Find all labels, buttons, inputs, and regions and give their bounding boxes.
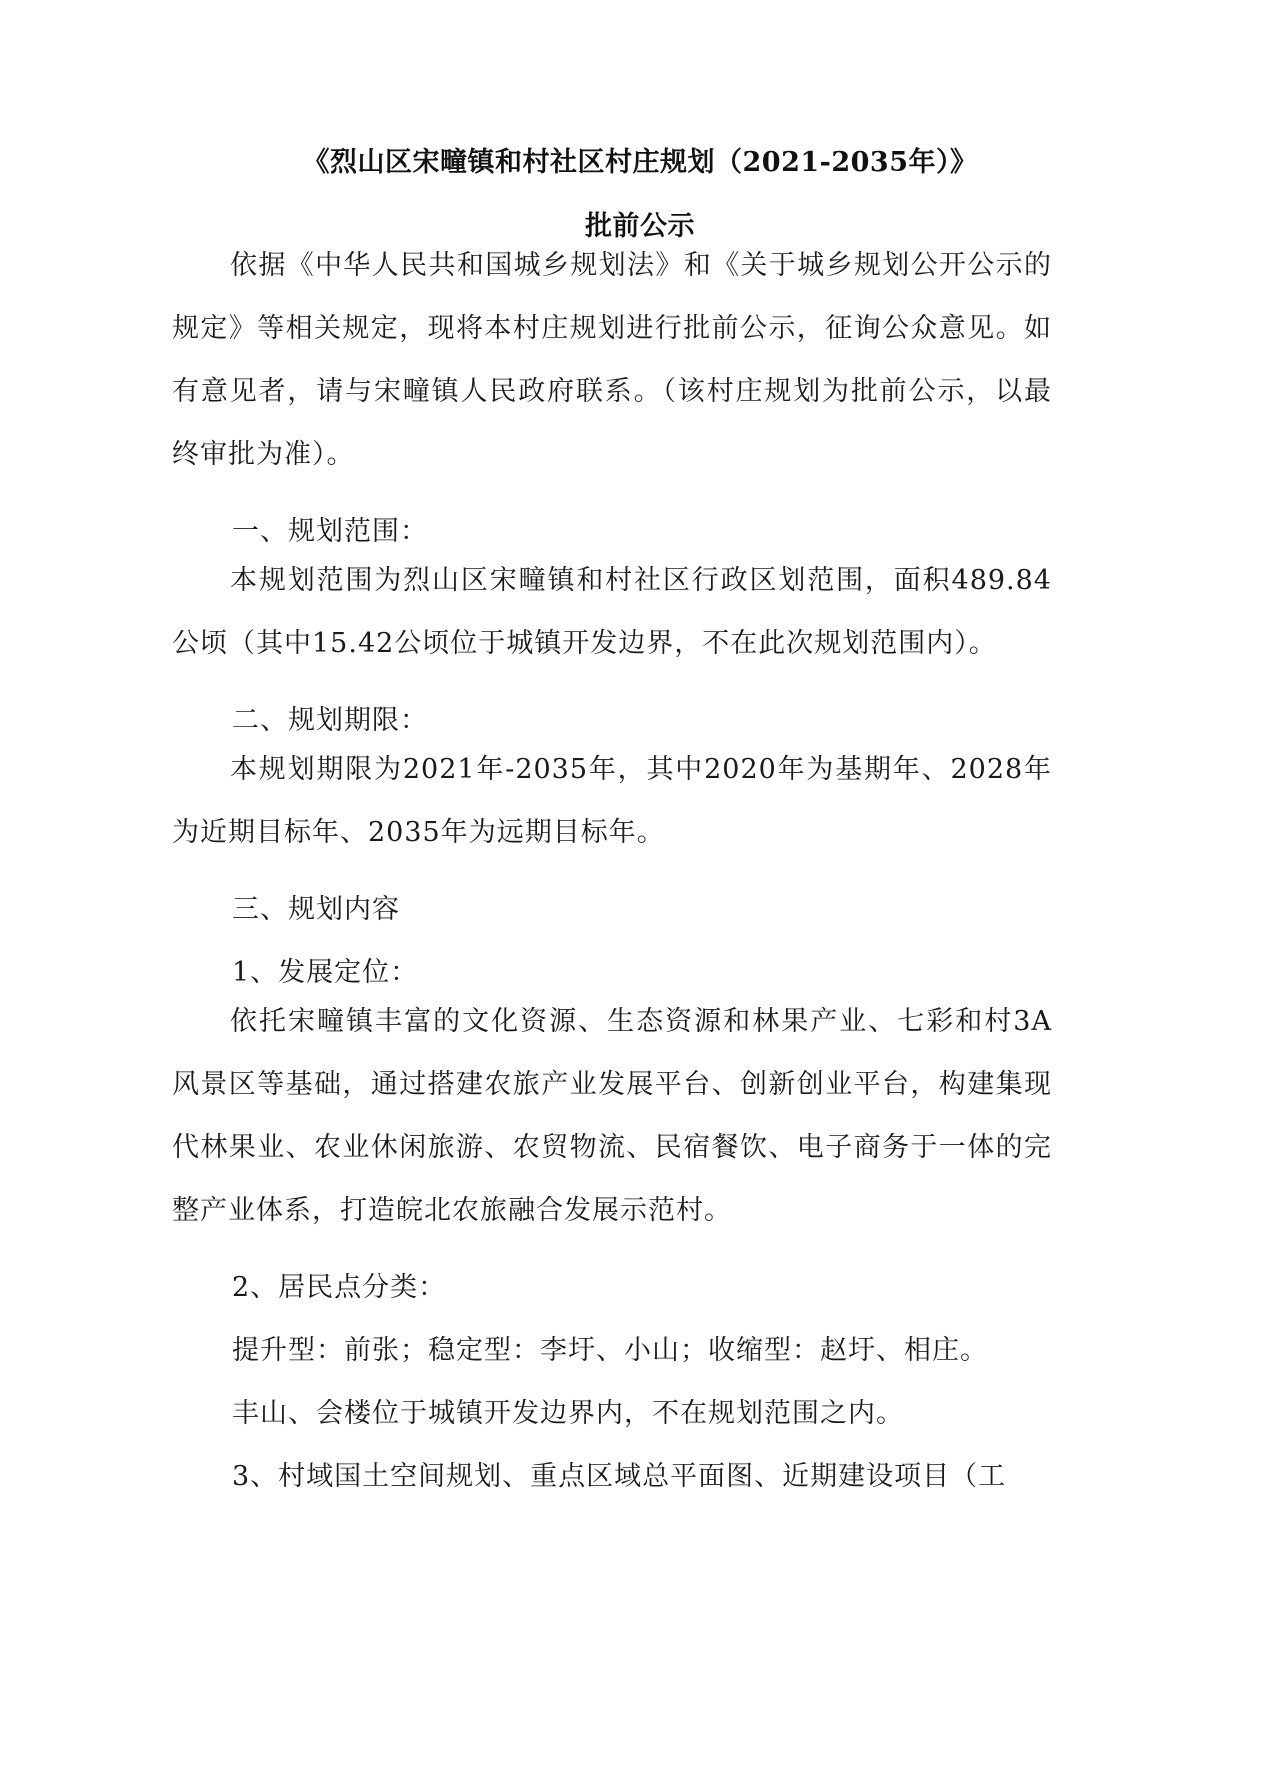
intro-paragraph: 依据《中华人民共和国城乡规划法》和《关于城乡规划公开公示的规定》等相关规定，现将… bbox=[172, 234, 1052, 486]
subsection-1-body: 依托宋疃镇丰富的文化资源、生态资源和林果产业、七彩和村3A风景区等基础，通过搭建… bbox=[172, 990, 1052, 1242]
section-2-body: 本规划期限为2021年-2035年，其中2020年为基期年、2028年为近期目标… bbox=[172, 738, 1052, 864]
section-1-heading: 一、规划范围： bbox=[232, 509, 428, 548]
section-1-body: 本规划范围为烈山区宋疃镇和村社区行政区划范围，面积489.84公顷（其中15.4… bbox=[172, 549, 1052, 675]
subsection-2-heading: 2、居民点分类： bbox=[232, 1265, 446, 1304]
excluded-settlements-line: 丰山、会楼位于城镇开发边界内，不在规划范围之内。 bbox=[232, 1391, 904, 1430]
subsection-3-heading: 3、村域国土空间规划、重点区域总平面图、近期建设项目（工 bbox=[232, 1454, 1006, 1493]
subsection-1-heading: 1、发展定位： bbox=[232, 950, 418, 989]
settlement-types-line: 提升型：前张；稳定型：李圩、小山；收缩型：赵圩、相庄。 bbox=[232, 1328, 988, 1367]
section-3-heading: 三、规划内容 bbox=[232, 887, 400, 926]
document-page: 《烈山区宋疃镇和村社区村庄规划（2021-2035年）》 批前公示 依据《中华人… bbox=[0, 0, 1280, 1768]
section-2-heading: 二、规划期限： bbox=[232, 698, 428, 737]
document-title: 《烈山区宋疃镇和村社区村庄规划（2021-2035年）》 bbox=[0, 140, 1280, 179]
